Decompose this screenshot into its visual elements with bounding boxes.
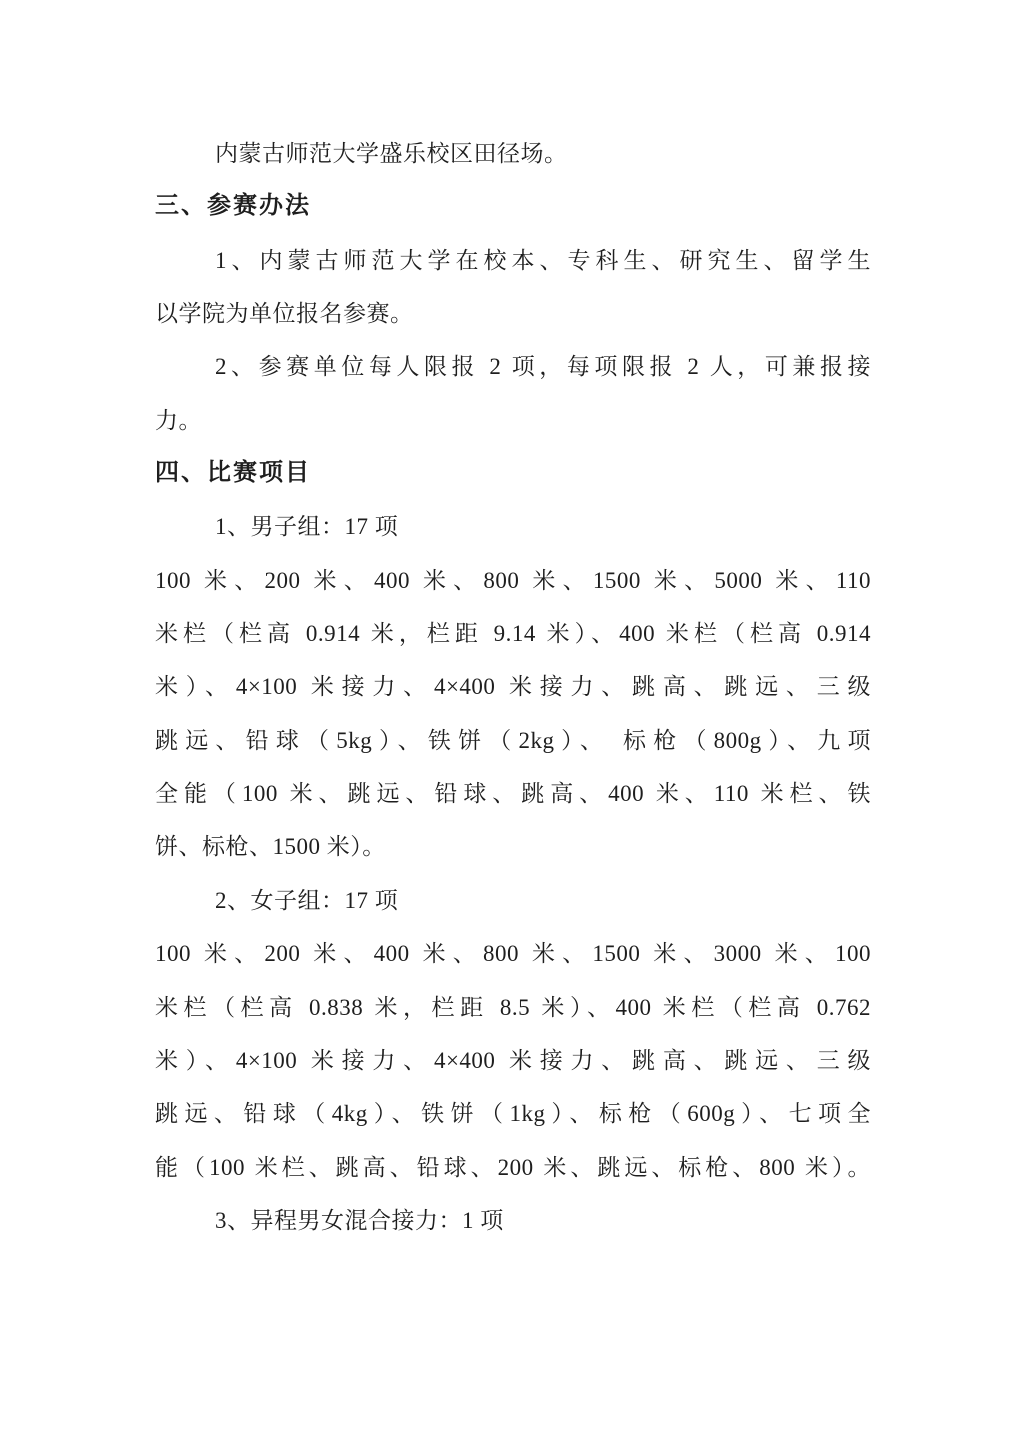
text-line: 2、女子组：17 项 xyxy=(155,874,871,927)
text-line: 米栏（栏高 0.914 米，栏距 9.14 米）、400 米栏（栏高 0.914 xyxy=(155,607,871,660)
text-line: 饼、标枪、1500 米）。 xyxy=(155,820,871,873)
section-heading: 四、比赛项目 xyxy=(155,447,871,500)
text-line: 能（100 米栏、跳高、铅球、200 米、跳远、标枪、800 米）。 xyxy=(155,1141,871,1194)
text-line: 2、参赛单位每人限报 2 项，每项限报 2 人，可兼报接 xyxy=(155,340,871,393)
text-line: 100 米、200 米、400 米、800 米、1500 米、5000 米、11… xyxy=(155,554,871,607)
text-line: 3、异程男女混合接力：1 项 xyxy=(155,1194,871,1247)
text-line: 米）、4×100 米接力、4×400 米接力、跳高、跳远、三级 xyxy=(155,1034,871,1087)
text-line: 以学院为单位报名参赛。 xyxy=(155,287,871,340)
text-line: 米栏（栏高 0.838 米，栏距 8.5 米）、400 米栏（栏高 0.762 xyxy=(155,981,871,1034)
text-line: 1、男子组：17 项 xyxy=(155,500,871,553)
text-line: 米）、4×100 米接力、4×400 米接力、跳高、跳远、三级 xyxy=(155,660,871,713)
text-line: 全能（100 米、跳远、铅球、跳高、400 米、110 米栏、铁 xyxy=(155,767,871,820)
text-line: 力。 xyxy=(155,394,871,447)
text-line: 跳远、铅球（4kg）、铁饼（1kg）、标枪（600g）、七项全 xyxy=(155,1087,871,1140)
text-line: 100 米、200 米、400 米、800 米、1500 米、3000 米、10… xyxy=(155,927,871,980)
text-line: 1、内蒙古师范大学在校本、专科生、研究生、留学生 xyxy=(155,234,871,287)
text-line: 内蒙古师范大学盛乐校区田径场。 xyxy=(155,127,871,180)
document-body: 内蒙古师范大学盛乐校区田径场。三、参赛办法1、内蒙古师范大学在校本、专科生、研究… xyxy=(155,127,871,1247)
section-heading: 三、参赛办法 xyxy=(155,180,871,233)
text-line: 跳远、铅球（5kg）、铁饼（2kg）、 标枪（800g）、九项 xyxy=(155,714,871,767)
document-page: 内蒙古师范大学盛乐校区田径场。三、参赛办法1、内蒙古师范大学在校本、专科生、研究… xyxy=(0,0,1024,1448)
